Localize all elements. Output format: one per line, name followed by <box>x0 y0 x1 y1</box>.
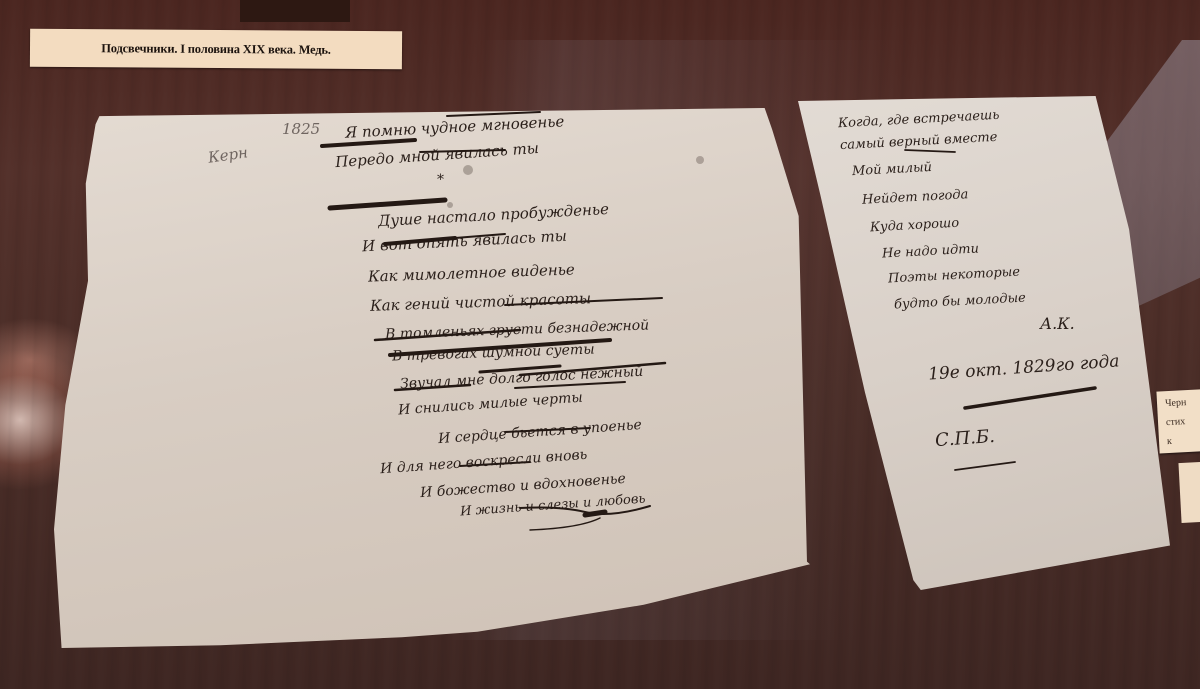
exhibit-label: Подсвечники. I половина XIX века. Медь. <box>30 29 402 70</box>
side-exhibit-label-2 <box>1178 461 1200 523</box>
side-exhibit-label: Черн стих к <box>1156 388 1200 453</box>
side-label-line: Черн <box>1156 388 1200 410</box>
display-case: Подсвечники. I половина XIX века. Медь. … <box>0 0 1200 689</box>
manuscript-line: * <box>437 172 444 188</box>
side-label-line: к <box>1158 426 1200 448</box>
pencil-note-year: 1825 <box>282 120 320 138</box>
side-label-line: стих <box>1157 407 1200 429</box>
manuscript-place: С.П.Б. <box>934 426 995 451</box>
exhibit-label-text: Подсвечники. I половина XIX века. Медь. <box>101 41 331 58</box>
manuscript-signature: А.К. <box>1040 314 1075 333</box>
dark-object-top <box>240 0 350 22</box>
